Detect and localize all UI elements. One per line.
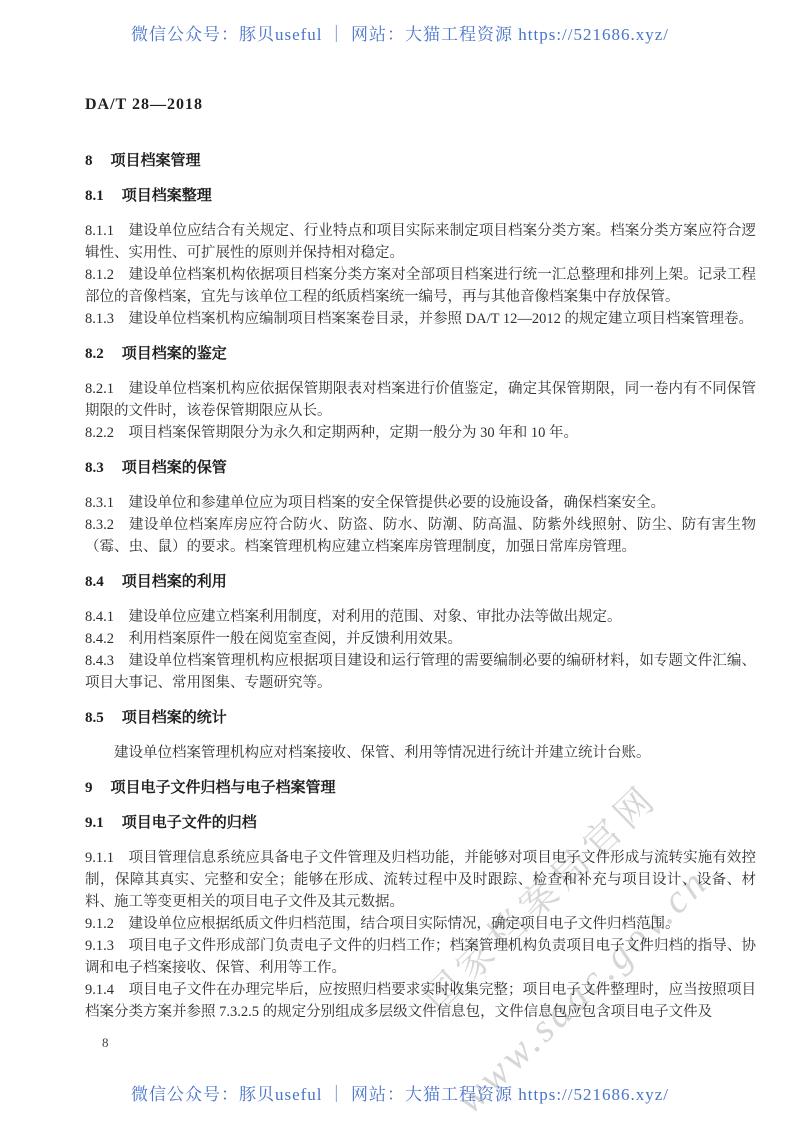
- subsection-number: 8.4: [85, 574, 104, 590]
- clause-text: 项目管理信息系统应具备电子文件管理及归档功能，并能够对项目电子文件形成与流转实施…: [85, 850, 756, 910]
- subsection-title: 项目档案的保管: [122, 460, 227, 476]
- clause-text: 建设单位档案管理机构应根据项目建设和运行管理的需要编制必要的编研材料，如专题文件…: [85, 653, 756, 691]
- clause-text: 建设单位应根据纸质文件归档范围，结合项目实际情况，确定项目电子文件归档范围。: [129, 916, 680, 932]
- clause-text: 建设单位档案机构应编制项目档案案卷目录，并参照 DA/T 12—2012 的规定…: [129, 311, 753, 327]
- subsection-heading-8-2: 8.2项目档案的鉴定: [85, 343, 756, 365]
- clause-number: 8.3.2: [85, 517, 114, 533]
- clause-number: 8.1.1: [85, 223, 114, 239]
- clause-number: 9.1.1: [85, 850, 114, 866]
- subsection-heading-9-1: 9.1项目电子文件的归档: [85, 812, 756, 834]
- subsection-number: 9.1: [85, 815, 104, 831]
- clause-number: 8.4.2: [85, 631, 114, 647]
- section-heading-8: 8项目档案管理: [85, 150, 756, 172]
- clause-8-1-2: 8.1.2建设单位档案机构依据项目档案分类方案对全部项目档案进行统一汇总整理和排…: [85, 264, 756, 308]
- section-heading-9: 9项目电子文件归档与电子档案管理: [85, 777, 756, 799]
- subsection-heading-8-1: 8.1项目档案整理: [85, 185, 756, 207]
- clause-number: 8.3.1: [85, 495, 114, 511]
- clause-9-1-3: 9.1.3项目电子文件形成部门负责电子文件的归档工作；档案管理机构负责项目电子文…: [85, 935, 756, 979]
- clause-number: 8.2.1: [85, 381, 114, 397]
- bottom-banner: 微信公众号：豚贝useful ｜ 网站：大猫工程资源 https://52168…: [0, 1080, 800, 1105]
- subsection-heading-8-4: 8.4项目档案的利用: [85, 571, 756, 593]
- subsection-number: 8.1: [85, 188, 104, 204]
- section-number: 8: [85, 153, 93, 169]
- clause-text: 建设单位档案库房应符合防火、防盗、防水、防潮、防高温、防紫外线照射、防尘、防有害…: [85, 517, 756, 555]
- subsection-number: 8.2: [85, 346, 104, 362]
- section-number: 9: [85, 780, 93, 796]
- clause-text: 项目档案保管期限分为永久和定期两种，定期一般分为 30 年和 10 年。: [129, 425, 579, 441]
- clause-9-1-1: 9.1.1项目管理信息系统应具备电子文件管理及归档功能，并能够对项目电子文件形成…: [85, 847, 756, 913]
- clause-text: 建设单位档案机构依据项目档案分类方案对全部项目档案进行统一汇总整理和排列上架。记…: [85, 267, 756, 305]
- clause-number: 9.1.3: [85, 938, 114, 954]
- subsection-number: 8.5: [85, 710, 104, 726]
- clause-9-1-2: 9.1.2建设单位应根据纸质文件归档范围，结合项目实际情况，确定项目电子文件归档…: [85, 913, 756, 935]
- clause-text: 建设单位和参建单位应为项目档案的安全保管提供必要的设施设备，确保档案安全。: [129, 495, 666, 511]
- paragraph-8-5: 建设单位档案管理机构应对档案接收、保管、利用等情况进行统计并建立统计台账。: [85, 742, 756, 764]
- subsection-number: 8.3: [85, 460, 104, 476]
- clause-number: 8.4.1: [85, 609, 114, 625]
- clause-text: 利用档案原件一般在阅览室查阅，并反馈利用效果。: [129, 631, 463, 647]
- subsection-heading-8-3: 8.3项目档案的保管: [85, 457, 756, 479]
- clause-text: 项目电子文件形成部门负责电子文件的归档工作；档案管理机构负责项目电子文件归档的指…: [85, 938, 756, 976]
- clause-8-3-2: 8.3.2建设单位档案库房应符合防火、防盗、防水、防潮、防高温、防紫外线照射、防…: [85, 514, 756, 558]
- clause-8-1-1: 8.1.1建设单位应结合有关规定、行业特点和项目实际来制定项目档案分类方案。档案…: [85, 220, 756, 264]
- clause-8-3-1: 8.3.1建设单位和参建单位应为项目档案的安全保管提供必要的设施设备，确保档案安…: [85, 492, 756, 514]
- document-code: DA/T 28—2018: [85, 96, 203, 114]
- clause-number: 9.1.4: [85, 982, 114, 998]
- section-title: 项目档案管理: [111, 153, 201, 169]
- document-body: 8项目档案管理 8.1项目档案整理 8.1.1建设单位应结合有关规定、行业特点和…: [85, 150, 756, 1023]
- page-number: 8: [102, 1035, 109, 1051]
- clause-text: 建设单位应结合有关规定、行业特点和项目实际来制定项目档案分类方案。档案分类方案应…: [85, 223, 756, 261]
- clause-text: 建设单位应建立档案利用制度，对利用的范围、对象、审批办法等做出规定。: [129, 609, 622, 625]
- clause-number: 8.1.2: [85, 267, 114, 283]
- clause-8-4-2: 8.4.2利用档案原件一般在阅览室查阅，并反馈利用效果。: [85, 628, 756, 650]
- clause-8-2-1: 8.2.1建设单位档案机构应依据保管期限表对档案进行价值鉴定，确定其保管期限，同…: [85, 378, 756, 422]
- clause-8-4-3: 8.4.3建设单位档案管理机构应根据项目建设和运行管理的需要编制必要的编研材料，…: [85, 650, 756, 694]
- subsection-title: 项目档案的统计: [122, 710, 227, 726]
- clause-number: 8.1.3: [85, 311, 114, 327]
- top-banner: 微信公众号：豚贝useful ｜ 网站：大猫工程资源 https://52168…: [0, 20, 800, 45]
- subsection-heading-8-5: 8.5项目档案的统计: [85, 707, 756, 729]
- clause-text: 建设单位档案机构应依据保管期限表对档案进行价值鉴定，确定其保管期限，同一卷内有不…: [85, 381, 756, 419]
- section-title: 项目电子文件归档与电子档案管理: [111, 780, 336, 796]
- subsection-title: 项目档案的鉴定: [122, 346, 227, 362]
- subsection-title: 项目档案整理: [122, 188, 212, 204]
- document-page: 国家档案局官网 www.saac.gov.cn 微信公众号：豚贝useful ｜…: [0, 0, 800, 1131]
- subsection-title: 项目电子文件的归档: [122, 815, 257, 831]
- clause-9-1-4: 9.1.4项目电子文件在办理完毕后，应按照归档要求实时收集完整；项目电子文件整理…: [85, 979, 756, 1023]
- clause-number: 8.2.2: [85, 425, 114, 441]
- clause-text: 项目电子文件在办理完毕后，应按照归档要求实时收集完整；项目电子文件整理时，应当按…: [85, 982, 756, 1020]
- clause-8-4-1: 8.4.1建设单位应建立档案利用制度，对利用的范围、对象、审批办法等做出规定。: [85, 606, 756, 628]
- clause-number: 8.4.3: [85, 653, 114, 669]
- clause-number: 9.1.2: [85, 916, 114, 932]
- clause-8-1-3: 8.1.3建设单位档案机构应编制项目档案案卷目录，并参照 DA/T 12—201…: [85, 308, 756, 330]
- clause-8-2-2: 8.2.2项目档案保管期限分为永久和定期两种，定期一般分为 30 年和 10 年…: [85, 422, 756, 444]
- subsection-title: 项目档案的利用: [122, 574, 227, 590]
